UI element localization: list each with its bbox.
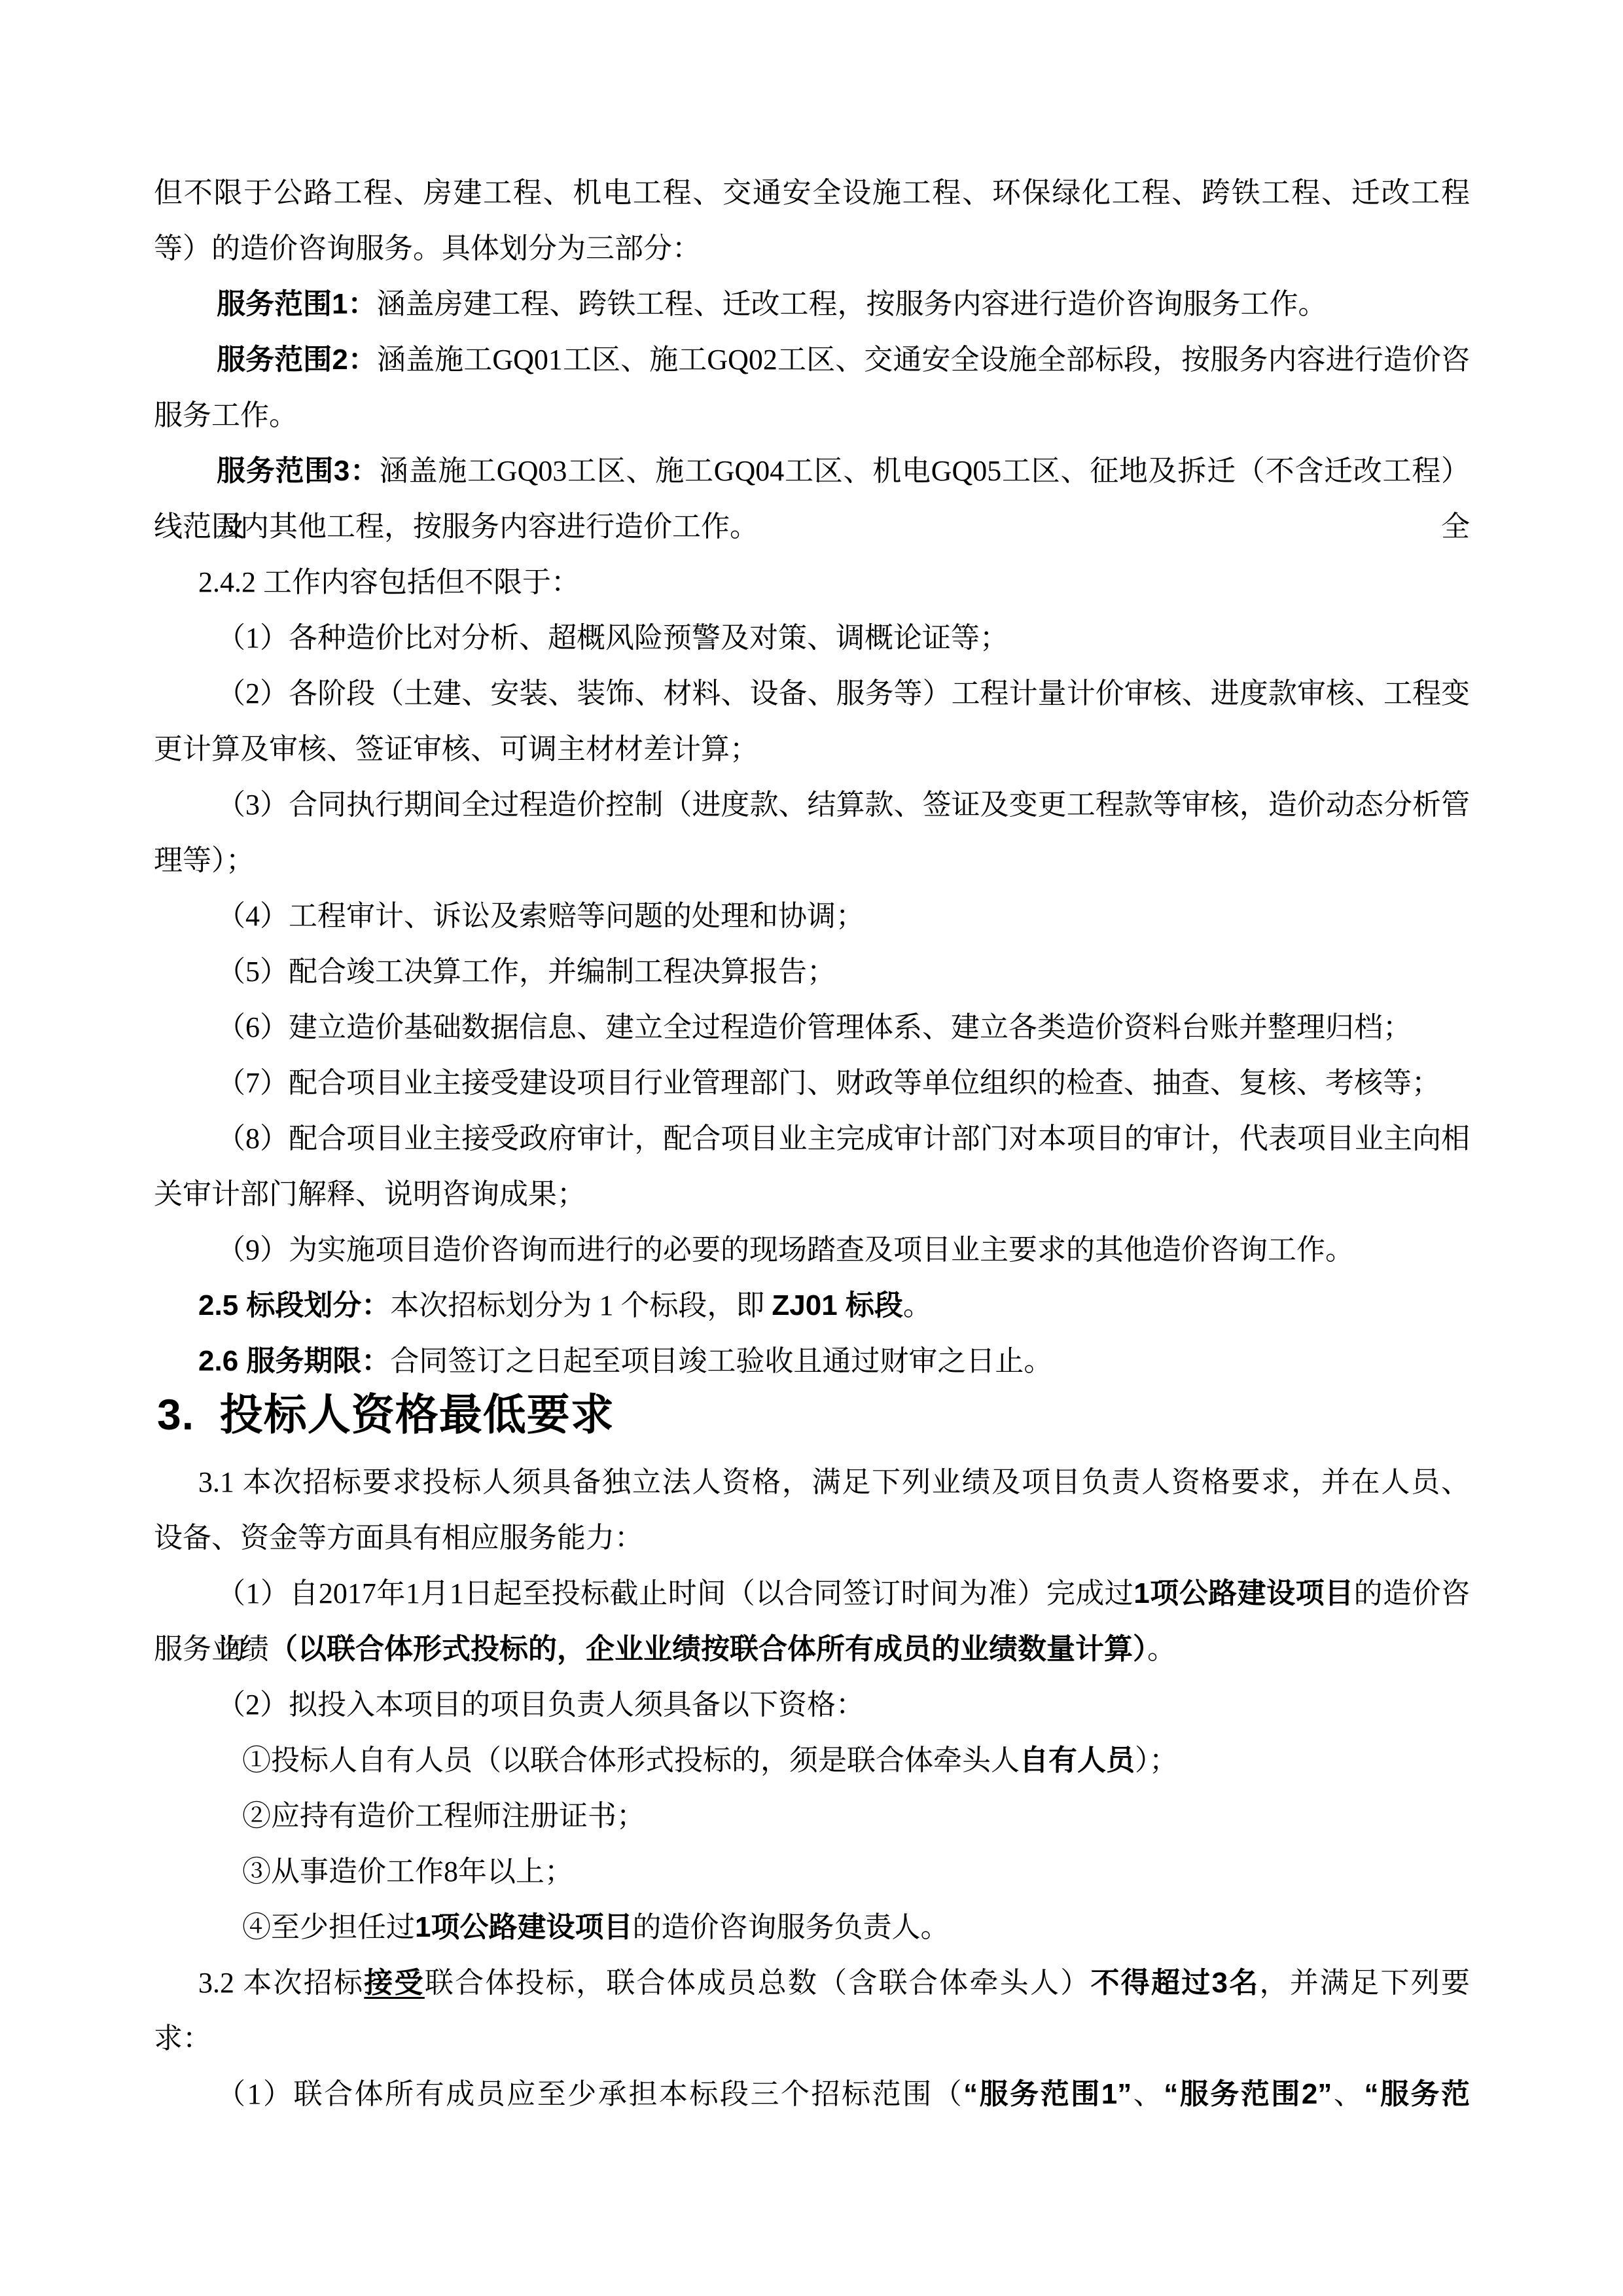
text-run: ，并满足下列要 (1259, 1967, 1470, 1999)
text-run: （9）为实施项目造价咨询而进行的必要的现场踏查及项目业主要求的其他造价咨询工作。 (217, 1234, 1354, 1266)
text-line: （6）建立造价基础数据信息、建立全过程造价管理体系、建立各类造价资料台账并整理归… (154, 999, 1470, 1055)
text-run: 服务范围2： (217, 344, 377, 376)
text-line: 3.1 本次招标要求投标人须具备独立法人资格，满足下列业绩及项目负责人资格要求，… (154, 1454, 1470, 1510)
text-run: ZJ01 标段 (772, 1289, 903, 1321)
section-heading: 3. 投标人资格最低要求 (154, 1389, 1470, 1454)
text-run: ②应持有造价工程师注册证书； (242, 1800, 645, 1832)
text-line: 服务业绩（以联合体形式投标的，企业业绩按联合体所有成员的业绩数量计算）。 (154, 1621, 1470, 1677)
text-run: 3. 投标人资格最低要求 (157, 1390, 615, 1439)
text-run: 理等）； (154, 844, 255, 876)
text-run: （1）联合体所有成员应至少承担本标段三个招标范围（ (217, 2078, 963, 2110)
text-run: 服务业绩 (154, 1633, 269, 1665)
text-run: 、 (1332, 2078, 1364, 2110)
text-line: （2）拟投入本项目的项目负责人须具备以下资格： (154, 1677, 1470, 1732)
text-run: 1项公路建设项目 (415, 1911, 632, 1943)
text-line: ①投标人自有人员（以联合体形式投标的，须是联合体牵头人自有人员）； (154, 1732, 1470, 1788)
text-run: 更计算及审核、签证审核、可调主材材差计算； (154, 733, 758, 765)
text-run: 3.2 本次招标 (198, 1967, 364, 1999)
text-line: 求： (154, 2011, 1470, 2066)
text-line: 服务范围1：涵盖房建工程、跨铁工程、迁改工程，按服务内容进行造价咨询服务工作。 (154, 276, 1470, 332)
text-line: 2.6 服务期限：合同签订之日起至项目竣工验收且通过财审之日止。 (154, 1333, 1470, 1389)
text-run: 联合体投标，联合体成员总数（含联合体牵头人） (425, 1967, 1091, 1999)
text-line: 关审计部门解释、说明咨询成果； (154, 1166, 1470, 1222)
text-run: 本次招标划分为 1 个标段，即 (390, 1289, 772, 1321)
text-run: 自有人员 (1020, 1744, 1135, 1776)
text-line: 但不限于公路工程、房建工程、机电工程、交通安全设施工程、环保绿化工程、跨铁工程、… (154, 165, 1470, 221)
text-line: （1）各种造价比对分析、超概风险预警及对策、调概论证等； (154, 610, 1470, 666)
text-run: 求： (154, 2022, 211, 2054)
text-line: 更计算及审核、签证审核、可调主材材差计算； (154, 721, 1470, 777)
text-run: 3.1 本次招标要求投标人须具备独立法人资格，满足下列业绩及项目负责人资格要求，… (198, 1466, 1470, 1498)
text-run: 。 (1147, 1633, 1176, 1665)
text-run: （1）各种造价比对分析、超概风险预警及对策、调概论证等； (217, 622, 1008, 654)
text-run: ①投标人自有人员（以联合体形式投标的，须是联合体牵头人 (242, 1744, 1020, 1776)
text-run: （6）建立造价基础数据信息、建立全过程造价管理体系、建立各类造价资料台账并整理归… (217, 1011, 1412, 1043)
text-line: （1）联合体所有成员应至少承担本标段三个招标范围（“服务范围1”、“服务范围2”… (154, 2066, 1470, 2122)
text-line: 理等）； (154, 833, 1470, 888)
text-line: ②应持有造价工程师注册证书； (154, 1788, 1470, 1844)
text-line: ③从事造价工作8年以上； (154, 1844, 1470, 1899)
text-run: 服务工作。 (154, 399, 298, 431)
text-run: 2.4.2 工作内容包括但不限于： (198, 566, 580, 598)
text-run: （1）自2017年1月1日起至投标截止时间（以合同签订时间为准）完成过 (217, 1577, 1133, 1609)
text-run: ③从事造价工作8年以上； (242, 1856, 573, 1888)
text-line: （1）自2017年1月1日起至投标截止时间（以合同签订时间为准）完成过1项公路建… (154, 1566, 1470, 1621)
text-line: （3）合同执行期间全过程造价控制（进度款、结算款、签证及变更工程款等审核，造价动… (154, 777, 1470, 833)
text-run: （以联合体形式投标的，企业业绩按联合体所有成员的业绩数量计算） (269, 1633, 1147, 1665)
document-page: 但不限于公路工程、房建工程、机电工程、交通安全设施工程、环保绿化工程、跨铁工程、… (0, 0, 1623, 2296)
text-line: （8）配合项目业主接受政府审计，配合项目业主完成审计部门对本项目的审计，代表项目… (154, 1111, 1470, 1166)
text-run: （3）合同执行期间全过程造价控制（进度款、结算款、签证及变更工程款等审核，造价动… (217, 789, 1470, 821)
text-line: 服务范围2：涵盖施工GQ01工区、施工GQ02工区、交通安全设施全部标段，按服务… (154, 332, 1470, 387)
text-run: （8）配合项目业主接受政府审计，配合项目业主完成审计部门对本项目的审计，代表项目… (217, 1122, 1470, 1155)
text-run: 的造价咨询服务负责人。 (632, 1911, 949, 1943)
text-line: （4）工程审计、诉讼及索赔等问题的处理和协调； (154, 888, 1470, 944)
text-run: 涵盖施工GQ01工区、施工GQ02工区、交通安全设施全部标段，按服务内容进行造价… (377, 344, 1470, 376)
text-run: “服务范围2” (1164, 2078, 1332, 2110)
text-run: （2）拟投入本项目的项目负责人须具备以下资格： (217, 1689, 865, 1721)
text-line: ④至少担任过1项公路建设项目的造价咨询服务负责人。 (154, 1899, 1470, 1955)
text-run: 接受 (364, 1967, 425, 1999)
text-run: 合同签订之日起至项目竣工验收且通过财审之日止。 (390, 1345, 1052, 1377)
text-line: 服务范围3：涵盖施工GQ03工区、施工GQ04工区、机电GQ05工区、征地及拆迁… (154, 443, 1470, 499)
text-run: “服务范围1” (963, 2078, 1132, 2110)
text-run: 2.6 服务期限： (198, 1345, 390, 1377)
text-line: 2.5 标段划分：本次招标划分为 1 个标段，即 ZJ01 标段。 (154, 1278, 1470, 1333)
text-line: 服务工作。 (154, 387, 1470, 443)
text-run: 服务范围1： (217, 288, 376, 320)
text-run: ④至少担任过 (242, 1911, 415, 1943)
text-run: 设备、资金等方面具有相应服务能力： (154, 1522, 643, 1554)
text-run: （5）配合竣工决算工作，并编制工程决算报告； (217, 956, 836, 988)
text-line: 3.2 本次招标接受联合体投标，联合体成员总数（含联合体牵头人）不得超过3名，并… (154, 1955, 1470, 2011)
text-run: （4）工程审计、诉讼及索赔等问题的处理和协调； (217, 900, 865, 932)
text-run: （7）配合项目业主接受建设项目行业管理部门、财政等单位组织的检查、抽查、复核、考… (217, 1067, 1440, 1099)
text-run: （2）各阶段（土建、安装、装饰、材料、设备、服务等）工程计量计价审核、进度款审核… (217, 677, 1470, 709)
text-line: （7）配合项目业主接受建设项目行业管理部门、财政等单位组织的检查、抽查、复核、考… (154, 1055, 1470, 1111)
text-run: 、 (1132, 2078, 1164, 2110)
text-run: ）； (1135, 1744, 1178, 1776)
text-line: 设备、资金等方面具有相应服务能力： (154, 1510, 1470, 1566)
text-run: 2.5 标段划分： (198, 1289, 390, 1321)
text-line: （9）为实施项目造价咨询而进行的必要的现场踏查及项目业主要求的其他造价咨询工作。 (154, 1222, 1470, 1278)
text-run: 。 (903, 1289, 932, 1321)
text-run: 涵盖房建工程、跨铁工程、迁改工程，按服务内容进行造价咨询服务工作。 (376, 288, 1327, 320)
text-run: 但不限于公路工程、房建工程、机电工程、交通安全设施工程、环保绿化工程、跨铁工程、… (154, 177, 1470, 209)
text-line: 2.4.2 工作内容包括但不限于： (154, 554, 1470, 610)
text-line: （2）各阶段（土建、安装、装饰、材料、设备、服务等）工程计量计价审核、进度款审核… (154, 666, 1470, 721)
text-run: 不得超过3名 (1090, 1967, 1259, 1999)
text-line: 等）的造价咨询服务。具体划分为三部分： (154, 221, 1470, 276)
text-run: 关审计部门解释、说明咨询成果； (154, 1178, 586, 1210)
text-run: 等）的造价咨询服务。具体划分为三部分： (154, 232, 701, 264)
text-line: （5）配合竣工决算工作，并编制工程决算报告； (154, 944, 1470, 999)
text-run: “服务范 (1364, 2078, 1470, 2110)
text-run: 1项公路建设项目 (1133, 1577, 1353, 1609)
text-run: 服务范围3： (217, 455, 380, 487)
text-run: 线范围内其他工程，按服务内容进行造价工作。 (154, 511, 758, 543)
